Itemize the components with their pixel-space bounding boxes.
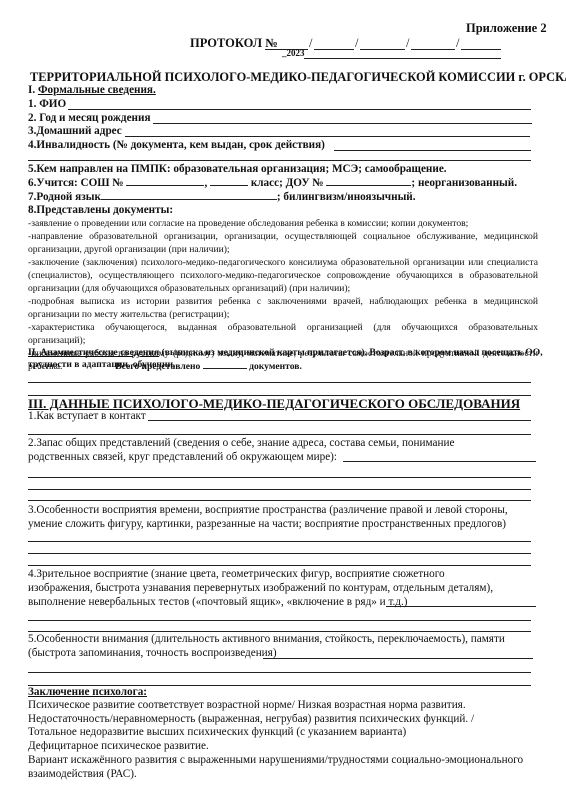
time-space-field-line[interactable] <box>28 541 531 542</box>
referred-by: 5.Кем направлен на ПМПК: образовательная… <box>28 163 447 177</box>
documents-title: 8.Представлены документы: <box>28 204 173 218</box>
commission-title: ТЕРРИТОРИАЛЬНОЙ ПСИХОЛОГО-МЕДИКО-ПЕДАГОГ… <box>30 70 566 85</box>
conclusion-title: Заключение психолога: <box>28 686 147 698</box>
birth-date-field[interactable] <box>153 123 532 124</box>
native-language-line: 7.Родной язык; билингвизм/иноязычный. <box>28 191 416 205</box>
conclusion-option: взаимодействия (РАС). <box>28 768 523 782</box>
time-space-field-line[interactable] <box>28 553 531 554</box>
section2-heading: II. Анамнестические сведения (выписка из… <box>28 347 543 371</box>
contact-field[interactable] <box>148 420 531 421</box>
document-item: -направление образовательной организации… <box>28 230 538 256</box>
document-item: -подробная выписка из истории развития р… <box>28 295 538 321</box>
birth-date-label: 2. Год и месяц рождения <box>28 112 151 126</box>
section1-prefix: I. <box>28 84 38 96</box>
visual-perception-label: 4.Зрительное восприятие (знание цвета, г… <box>28 567 493 609</box>
time-space-line: 3.Особенности восприятия времени, воспри… <box>28 503 508 517</box>
time-space-line: умение сложить фигуру, картинки, разреза… <box>28 517 508 531</box>
time-space-perception-label: 3.Особенности восприятия времени, воспри… <box>28 503 508 531</box>
comma: , <box>204 177 207 189</box>
anamnesis-field-line[interactable] <box>28 382 531 383</box>
section2-text-continued: трудности в адаптации, обучении. <box>28 359 543 371</box>
fio-label: 1. ФИО <box>28 98 66 112</box>
disability-field-continued[interactable] <box>28 160 531 161</box>
disability-label: 4.Инвалидность (№ документа, кем выдан, … <box>28 139 325 153</box>
protocol-year: _2023 <box>282 48 305 58</box>
school-label: 6.Учится: СОШ № <box>28 177 124 189</box>
general-knowledge-field-line[interactable] <box>28 489 531 490</box>
conclusion-option: Недостаточность/неравномерность (выражен… <box>28 713 523 727</box>
visual-perception-field[interactable] <box>386 606 536 607</box>
disability-field[interactable] <box>334 150 531 151</box>
general-knowledge-field[interactable] <box>343 461 536 462</box>
protocol-label: ПРОТОКОЛ № <box>190 36 278 50</box>
attention-memory-line: 5.Особенности внимания (длительность акт… <box>28 632 505 646</box>
protocol-number-field-5[interactable] <box>461 49 501 50</box>
general-knowledge-label: 2.Запас общих представлений (сведения о … <box>28 436 454 464</box>
conclusion-option: Дефицитарное психическое развитие. <box>28 740 523 754</box>
general-knowledge-field-line[interactable] <box>28 500 531 501</box>
address-field[interactable] <box>125 136 530 137</box>
slash-separator: / <box>456 36 459 51</box>
section2-title: II. Анамнестические сведения <box>28 347 159 358</box>
general-knowledge-field-line[interactable] <box>28 477 531 478</box>
grade-field[interactable] <box>210 185 248 186</box>
contact-field-continued[interactable] <box>28 434 531 435</box>
bilingual-label: ; билингвизм/иноязычный. <box>277 191 416 203</box>
kindergarten-number-field[interactable] <box>326 185 411 186</box>
section2-text: (выписка из медицинской карты прилагаетс… <box>159 347 542 358</box>
protocol-number-field-3[interactable] <box>360 49 405 50</box>
school-number-field[interactable] <box>126 185 204 186</box>
native-language-field[interactable] <box>101 199 277 200</box>
general-knowledge-line: 2.Запас общих представлений (сведения о … <box>28 436 454 450</box>
slash-separator: / <box>309 36 312 51</box>
slash-separator: / <box>406 36 409 51</box>
studies-line: 6.Учится: СОШ № , класс; ДОУ № ; неорган… <box>28 177 517 191</box>
slash-separator: / <box>355 36 358 51</box>
document-item: -характеристика обучающегося, выданная о… <box>28 321 538 347</box>
conclusion-option: Тотальное недоразвитие высших психически… <box>28 726 523 740</box>
contact-label: 1.Как вступает в контакт <box>28 409 146 423</box>
protocol-number-field-4[interactable] <box>411 49 455 50</box>
visual-perception-field-line[interactable] <box>28 620 531 621</box>
native-language-label: 7.Родной язык <box>28 191 101 203</box>
address-label: 3.Домашний адрес <box>28 125 122 139</box>
attention-memory-field-line[interactable] <box>28 672 531 673</box>
document-item: -заключение (заключения) психолого-медик… <box>28 256 538 295</box>
conclusion-option: Вариант искажённого развития с выраженны… <box>28 754 523 768</box>
time-space-field-line[interactable] <box>28 565 531 566</box>
conclusion-options: Психическое развитие соответствует возра… <box>28 699 523 781</box>
conclusion-option: Психическое развитие соответствует возра… <box>28 699 523 713</box>
kindergarten-label: класс; ДОУ № <box>251 177 324 189</box>
section1-heading: I. Формальные сведения. <box>28 84 156 98</box>
attention-memory-label: 5.Особенности внимания (длительность акт… <box>28 632 505 660</box>
section1-title: Формальные сведения. <box>38 84 156 96</box>
fio-field[interactable] <box>68 109 531 110</box>
protocol-date-field[interactable] <box>304 58 501 59</box>
visual-perception-line: 4.Зрительное восприятие (знание цвета, г… <box>28 567 493 581</box>
attention-memory-field[interactable] <box>263 658 533 659</box>
unorganized-label: ; неорганизованный. <box>411 177 517 189</box>
appendix-label: Приложение 2 <box>466 21 547 36</box>
visual-perception-line: изображения, быстрота узнавания переверн… <box>28 581 493 595</box>
protocol-number-field-2[interactable] <box>314 49 354 50</box>
document-item: -заявление о проведении или согласие на … <box>28 217 538 230</box>
